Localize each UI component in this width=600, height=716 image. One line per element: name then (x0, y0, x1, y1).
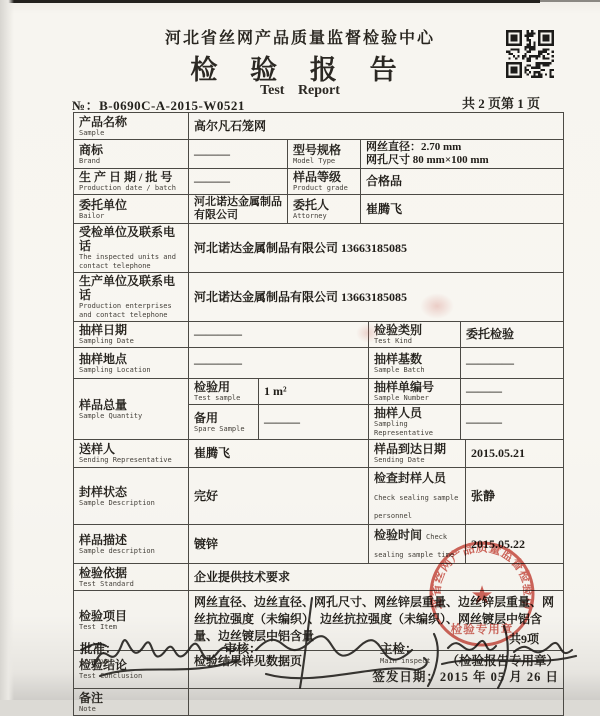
cell-sample-number-value: ——— (461, 379, 564, 405)
sample-number-label-en: Sample Number (374, 394, 455, 403)
attorney-value: 崔腾飞 (366, 202, 558, 217)
test-standard-label-en: Test Standard (79, 580, 183, 589)
test-kind-value: 委托检验 (466, 327, 558, 342)
grade-value: 合格品 (366, 174, 558, 189)
spare-sample-label-zh: 备用 (194, 411, 253, 425)
sample-batch-label-en: Sample Batch (374, 366, 455, 375)
inspected-label-en: The inspected units and contact telephon… (79, 253, 183, 271)
sampling-location-label-en: Sampling Location (79, 366, 183, 375)
cell-sampling-location-value: ———— (189, 348, 369, 379)
test-item-value: 网丝直径、边丝直径、网孔尺寸、网丝锌层重量、边丝锌层重量、网丝抗拉强度（未编织）… (194, 594, 558, 645)
cell-spare-sample-value: ——— (259, 405, 369, 440)
sampling-rep-value: ——— (466, 415, 558, 430)
check-time-value: 2015.05.22 (471, 537, 558, 552)
grade-label-zh: 样品等级 (293, 170, 355, 184)
verifier-label-en: Verifier (224, 657, 262, 665)
brand-label-en: Brand (79, 157, 183, 166)
cell-test-sample-value: 1 m² (259, 379, 369, 405)
sample-label-en: Sample (79, 129, 183, 138)
producer-label-zh: 生产单位及联系电话 (79, 274, 183, 302)
producer-value: 河北诺达金属制品有限公司 13663185085 (194, 290, 558, 305)
qr-code-icon (506, 30, 554, 78)
cell-model-value: 网丝直径：2.70 mm 网孔尺寸 80 mm×100 mm (361, 140, 564, 169)
sending-rep-label-en: Sending Representative (79, 456, 183, 465)
cell-sending-rep-label: 送样人 Sending Representative (74, 440, 189, 468)
sample-label-zh: 产品名称 (79, 115, 183, 129)
approver-field: 批准： Approver (80, 639, 118, 665)
sample-quantity-label-en: Sample Quantity (79, 412, 183, 421)
cell-sample-quantity-label: 样品总量 Sample Quantity (74, 379, 189, 440)
cell-test-standard-value: 企业提供技术要求 (189, 564, 564, 591)
test-sample-value: 1 m² (264, 384, 363, 399)
cell-bailor-value: 河北诺达金属制品有限公司 (189, 195, 288, 224)
bailor-label-en: Bailor (79, 212, 183, 221)
cell-production-date-label: 生 产 日 期 / 批 号 Production date / batch (74, 169, 189, 195)
cell-sampling-rep-label: 抽样人员 Sampling Representative (369, 405, 461, 440)
sending-date-label-en: Sending Date (374, 456, 460, 465)
test-item-label-zh: 检验项目 (79, 609, 183, 623)
report-form: 产品名称 Sample 高尔凡石笼网 商标 Brand ——— 型号规格 Mod… (73, 113, 563, 700)
cell-test-sample-label: 检验用 Test sample (189, 379, 259, 405)
test-kind-label-zh: 检验类别 (374, 323, 455, 337)
sample-batch-label-zh: 抽样基数 (374, 352, 455, 366)
cell-test-kind-value: 委托检验 (461, 322, 564, 348)
model-label-en: Model Type (293, 157, 355, 166)
seal-state-label-zh: 封样状态 (79, 485, 183, 499)
test-standard-value: 企业提供技术要求 (194, 570, 558, 585)
test-item-count: 共9项 (509, 630, 539, 647)
cell-brand-value: ——— (189, 140, 288, 169)
sending-rep-value: 崔腾飞 (194, 446, 363, 461)
sending-date-label-zh: 样品到达日期 (374, 442, 460, 456)
cell-inspected-value: 河北诺达金属制品有限公司 13663185085 (189, 224, 564, 273)
scan-edge-dark-strip-2 (540, 0, 600, 2)
inspected-value: 河北诺达金属制品有限公司 13663185085 (194, 241, 558, 256)
cell-grade-value: 合格品 (361, 169, 564, 195)
brand-label-zh: 商标 (79, 143, 183, 157)
sampling-date-label-zh: 抽样日期 (79, 323, 183, 337)
test-sample-label-zh: 检验用 (194, 380, 253, 394)
cell-attorney-value: 崔腾飞 (361, 195, 564, 224)
cell-sampling-date-value: ———— (189, 322, 369, 348)
cell-producer-value: 河北诺达金属制品有限公司 13663185085 (189, 273, 564, 322)
sampling-rep-label-en: Sampling Representative (374, 420, 455, 438)
sample-desc-value: 镀锌 (194, 537, 363, 552)
sample-number-value: ——— (466, 384, 558, 399)
page-count: 共 2 页第 1 页 (462, 93, 563, 112)
seal-state-label-en: Sample Description (79, 499, 183, 508)
cell-sample-number-label: 抽样单编号 Sample Number (369, 379, 461, 405)
approver-label-zh: 批准： (80, 639, 118, 657)
model-label-zh: 型号规格 (293, 143, 355, 157)
scan-edge-dark-strip (0, 0, 540, 3)
cell-sample-batch-value: ———— (461, 348, 564, 379)
cell-check-time-label: 检验时间 Check sealing sample time (369, 525, 466, 564)
test-kind-label-en: Test Kind (374, 337, 455, 346)
sampling-rep-label-zh: 抽样人员 (374, 406, 455, 420)
spare-sample-value: ——— (264, 415, 363, 430)
sending-date-value: 2015.05.21 (471, 446, 558, 461)
cell-bailor-label: 委托单位 Bailor (74, 195, 189, 224)
cell-check-personnel-value: 张静 (466, 468, 564, 525)
main-inspector-label-zh: 主检： (380, 639, 431, 657)
brand-value: ——— (194, 147, 282, 162)
cell-attorney-label: 委托人 Attorney (288, 195, 361, 224)
cell-sending-rep-value: 崔腾飞 (189, 440, 369, 468)
sample-batch-value: ———— (466, 356, 558, 371)
cell-sample-label: 产品名称 Sample (74, 113, 189, 140)
cell-note-label: 备注 Note (74, 689, 189, 701)
check-personnel-label-zh: 检查封样人员 (374, 471, 446, 485)
check-personnel-value: 张静 (471, 489, 558, 504)
bailor-value: 河北诺达金属制品有限公司 (194, 196, 282, 222)
cell-sampling-rep-value: ——— (461, 405, 564, 440)
cell-inspected-label: 受检单位及联系电话 The inspected units and contac… (74, 224, 189, 273)
form-section-results: 检验依据 Test Standard 企业提供技术要求 检验项目 Test It… (73, 563, 564, 700)
bailor-label-zh: 委托单位 (79, 198, 183, 212)
seal-state-value: 完好 (194, 489, 363, 504)
sample-quantity-label-zh: 样品总量 (79, 398, 183, 412)
approver-label-en: Approver (80, 657, 118, 665)
scanned-test-report: 河北省丝网产品质量监督检验中心 检 验 报 告 Test Report №：B-… (0, 0, 600, 700)
cell-brand-label: 商标 Brand (74, 140, 189, 169)
production-date-label-en: Production date / batch (79, 184, 183, 193)
sampling-date-label-en: Sampling Date (79, 337, 183, 346)
grade-label-en: Product grade (293, 184, 355, 193)
cell-sending-date-value: 2015.05.21 (466, 440, 564, 468)
model-value-line1: 网丝直径：2.70 mm (366, 141, 558, 154)
conclusion-label-en: Test Conclusion (79, 672, 183, 681)
attorney-label-zh: 委托人 (293, 198, 355, 212)
main-inspector-field: 主检： Main inspect (380, 639, 431, 665)
verifier-label-zh: 审核： (224, 639, 262, 657)
cell-check-time-value: 2015.05.22 (466, 525, 564, 564)
sampling-date-value: ———— (194, 327, 363, 342)
cell-test-kind-label: 检验类别 Test Kind (369, 322, 461, 348)
cell-note-value (189, 689, 564, 701)
form-section-sampling: 抽样日期 Sampling Date ———— 检验类别 Test Kind 委… (73, 321, 564, 440)
sample-desc-label-en: Sample description (79, 547, 183, 556)
sending-rep-label-zh: 送样人 (79, 442, 183, 456)
cell-model-label: 型号规格 Model Type (288, 140, 361, 169)
form-section-top: 产品名称 Sample 高尔凡石笼网 商标 Brand ——— 型号规格 Mod… (73, 112, 564, 322)
sampling-location-value: ———— (194, 356, 363, 371)
sampling-location-label-zh: 抽样地点 (79, 352, 183, 366)
form-section-sending: 送样人 Sending Representative 崔腾飞 样品到达日期 Se… (73, 439, 564, 564)
test-standard-label-zh: 检验依据 (79, 566, 183, 580)
cell-sampling-date-label: 抽样日期 Sampling Date (74, 322, 189, 348)
cell-producer-label: 生产单位及联系电话 Production enterprises and con… (74, 273, 189, 322)
cell-sample-desc-label: 样品描述 Sample description (74, 525, 189, 564)
test-item-label-en: Test Item (79, 623, 183, 632)
cell-sending-date-label: 样品到达日期 Sending Date (369, 440, 466, 468)
cell-sample-value: 高尔凡石笼网 (189, 113, 564, 140)
sample-value: 高尔凡石笼网 (194, 119, 558, 134)
cell-sample-desc-value: 镀锌 (189, 525, 369, 564)
cell-seal-state-value: 完好 (189, 468, 369, 525)
test-sample-label-en: Test sample (194, 394, 253, 403)
sample-desc-label-zh: 样品描述 (79, 533, 183, 547)
cell-grade-label: 样品等级 Product grade (288, 169, 361, 195)
cell-sampling-location-label: 抽样地点 Sampling Location (74, 348, 189, 379)
note-label-zh: 备注 (79, 691, 183, 701)
main-inspector-label-en: Main inspect (380, 657, 431, 665)
scan-edge-left-shadow (0, 0, 14, 700)
cell-production-date-value: ——— (189, 169, 288, 195)
spare-sample-label-en: Spare Sample (194, 425, 253, 434)
cell-check-personnel-label: 检查封样人员 Check sealing sample personnel (369, 468, 466, 525)
cell-sample-batch-label: 抽样基数 Sample Batch (369, 348, 461, 379)
producer-label-en: Production enterprises and contact telep… (79, 302, 183, 320)
inspected-label-zh: 受检单位及联系电话 (79, 225, 183, 253)
check-personnel-label-en: Check sealing sample personnel (374, 494, 458, 520)
model-value-line2: 网孔尺寸 80 mm×100 mm (366, 154, 558, 167)
check-time-label-zh: 检验时间 (374, 528, 422, 542)
issue-date: 签发日期：2015 年 05 月 26 日 (372, 669, 559, 686)
cell-seal-state-label: 封样状态 Sample Description (74, 468, 189, 525)
production-date-value: ——— (194, 174, 282, 189)
cell-spare-sample-label: 备用 Spare Sample (189, 405, 259, 440)
cell-test-standard-label: 检验依据 Test Standard (74, 564, 189, 591)
verifier-field: 审核： Verifier (224, 639, 262, 665)
sample-number-label-zh: 抽样单编号 (374, 380, 455, 394)
attorney-label-en: Attorney (293, 212, 355, 221)
production-date-label-zh: 生 产 日 期 / 批 号 (79, 170, 183, 184)
